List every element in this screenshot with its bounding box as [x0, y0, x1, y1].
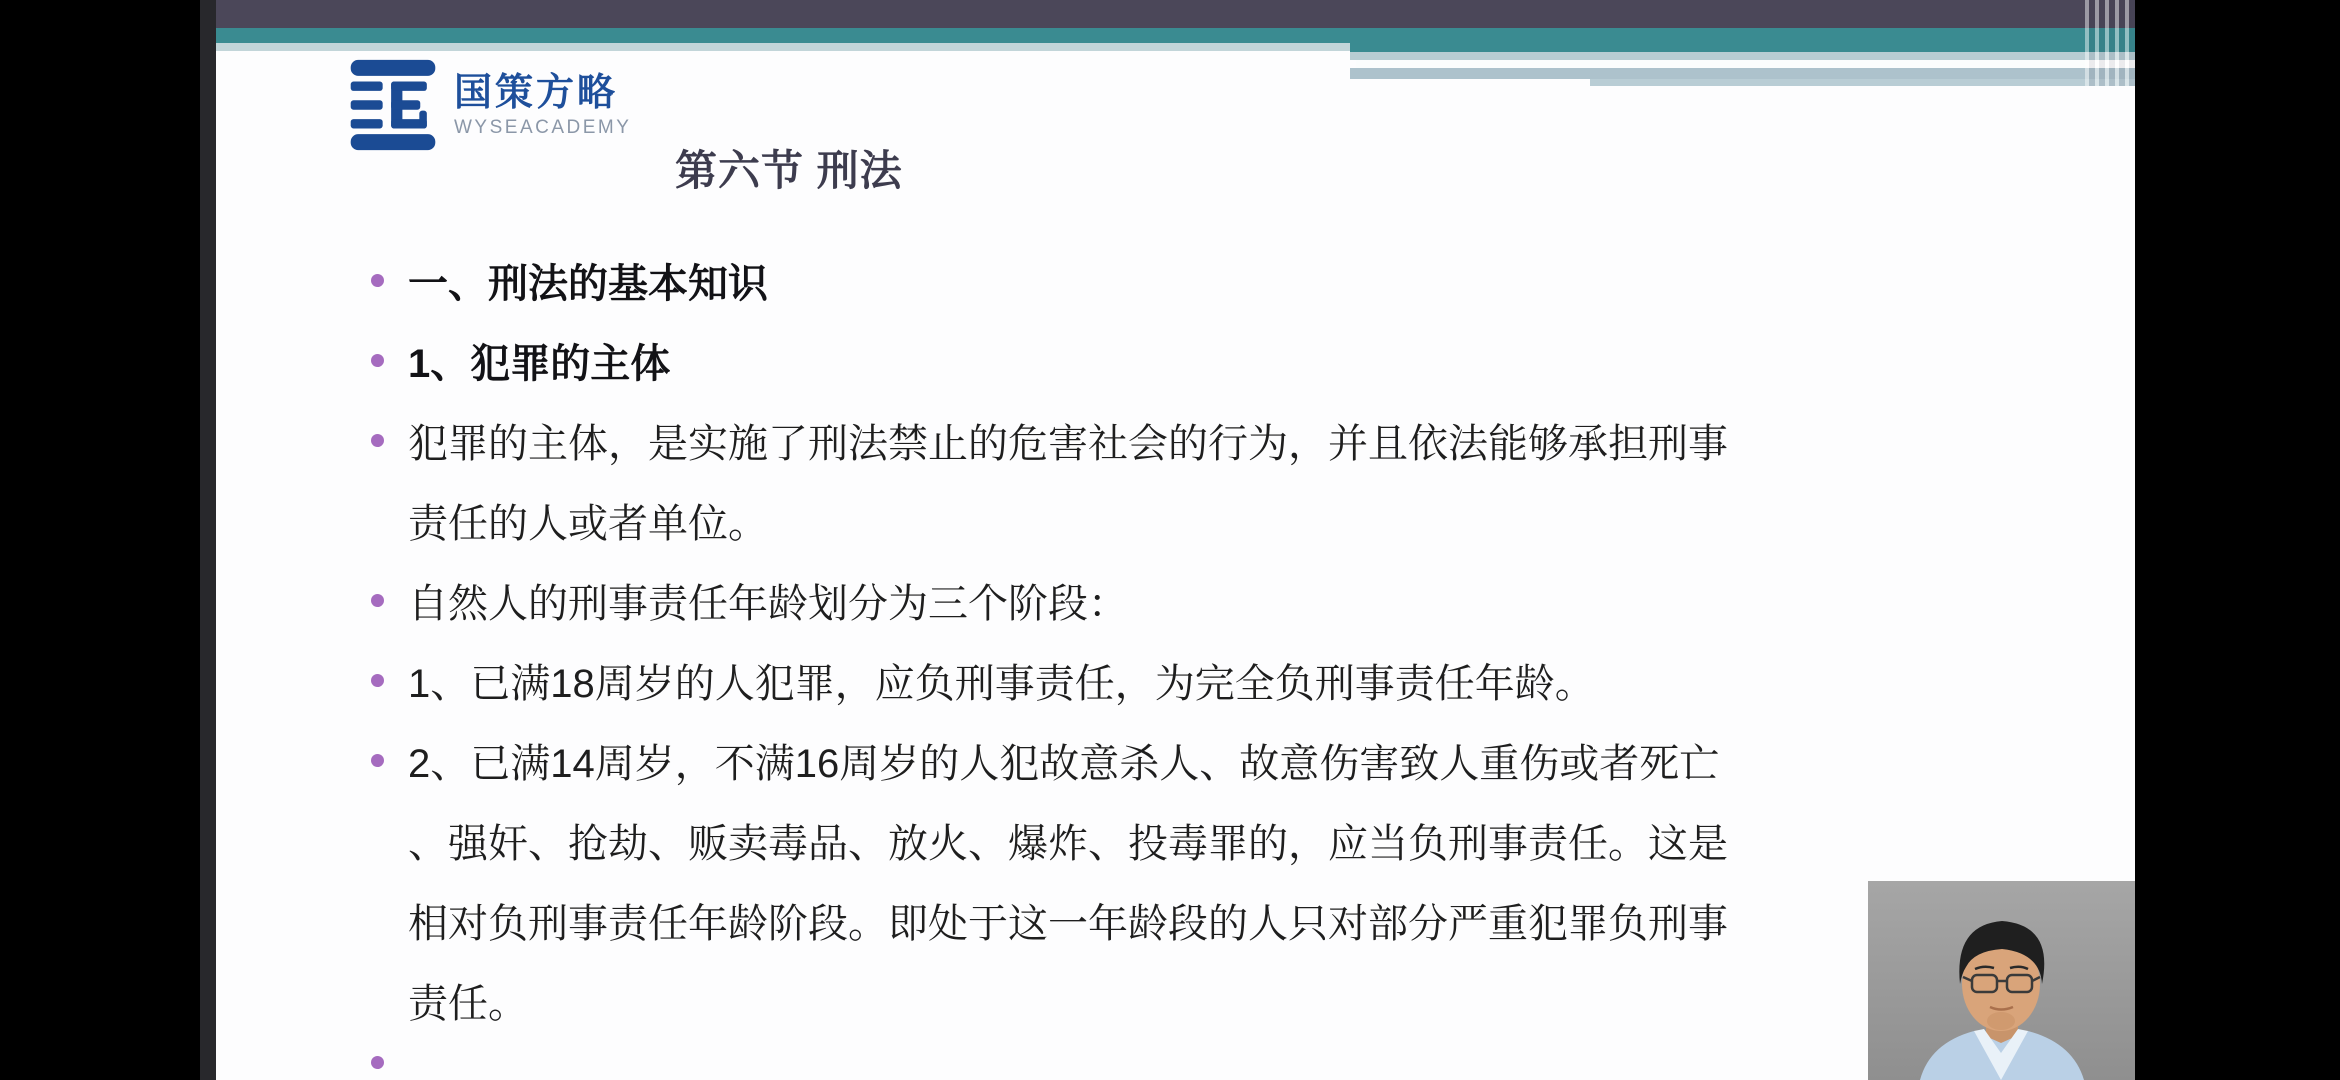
bullet-text: 一、刑法的基本知识 [408, 252, 768, 309]
bullet-icon [371, 674, 384, 687]
list-item: 责任。 [371, 960, 2031, 1040]
bullet-icon [371, 354, 384, 367]
bullet-text: 2、已满14周岁，不满16周岁的人犯故意杀人、故意伤害致人重伤或者死亡 [408, 732, 1719, 789]
slide-title: 第六节 刑法 [675, 150, 903, 192]
bullet-text: 1、犯罪的主体 [408, 332, 670, 389]
brand-logo-icon [346, 58, 440, 152]
list-item: 2、已满14周岁，不满16周岁的人犯故意杀人、故意伤害致人重伤或者死亡 [371, 720, 2031, 800]
white-stripe [1356, 60, 2087, 68]
content-list: 一、刑法的基本知识1、犯罪的主体犯罪的主体，是实施了刑法禁止的危害社会的行为，并… [371, 240, 2031, 1080]
list-item: 自然人的刑事责任年龄划分为三个阶段： [371, 560, 2031, 640]
header-pale-strip [216, 43, 1350, 51]
presenter-image [1868, 881, 2135, 1080]
bullet-text: 相对负刑事责任年龄阶段。即处于这一年龄段的人只对部分严重犯罪负刑事 [408, 892, 1728, 949]
brand-logo: 国策方略 WYSEACADEMY [346, 58, 631, 152]
list-item: 一、刑法的基本知识 [371, 240, 2031, 320]
header-teal-bar [216, 28, 2135, 43]
list-item: 1、犯罪的主体 [371, 320, 2031, 400]
bullet-icon [371, 754, 384, 767]
window-edge-line [200, 0, 216, 1080]
bullet-text: 责任的人或者单位。 [408, 492, 768, 549]
bullet-text: 1、已满18周岁的人犯罪，应负刑事责任，为完全负刑事责任年龄。 [408, 652, 1595, 709]
corner-pinstripes [2085, 0, 2135, 86]
header-right-decoration [1350, 43, 2135, 86]
list-item: 犯罪的主体，是实施了刑法禁止的危害社会的行为，并且依法能够承担刑事 [371, 400, 2031, 480]
bullet-text: 、强奸、抢劫、贩卖毒品、放火、爆炸、投毒罪的，应当负刑事责任。这是 [408, 812, 1728, 869]
pale-band-step [1590, 79, 2135, 86]
bullet-text: 自然人的刑事责任年龄划分为三个阶段： [408, 572, 1128, 629]
header-slate-bar [216, 0, 2135, 28]
bullet-icon [371, 274, 384, 287]
bullet-icon [371, 434, 384, 447]
presenter-webcam [1868, 881, 2135, 1080]
brand-name-en: WYSEACADEMY [454, 118, 631, 137]
bullet-icon [371, 594, 384, 607]
bullet-text: 责任。 [408, 972, 528, 1029]
list-item [371, 1040, 2031, 1080]
pale-band-1 [1350, 52, 2135, 60]
video-frame: 国策方略 WYSEACADEMY 第六节 刑法 一、刑法的基本知识1、犯罪的主体… [0, 0, 2340, 1080]
list-item: 1、已满18周岁的人犯罪，应负刑事责任，为完全负刑事责任年龄。 [371, 640, 2031, 720]
list-item: 相对负刑事责任年龄阶段。即处于这一年龄段的人只对部分严重犯罪负刑事 [371, 880, 2031, 960]
teal-extension [1350, 43, 2135, 52]
bullet-text: 犯罪的主体，是实施了刑法禁止的危害社会的行为，并且依法能够承担刑事 [408, 412, 1728, 469]
presentation-slide: 国策方略 WYSEACADEMY 第六节 刑法 一、刑法的基本知识1、犯罪的主体… [216, 0, 2135, 1080]
pale-band-2 [1350, 68, 2135, 79]
brand-name-cn: 国策方略 [454, 74, 631, 112]
list-item: 、强奸、抢劫、贩卖毒品、放火、爆炸、投毒罪的，应当负刑事责任。这是 [371, 800, 2031, 880]
list-item: 责任的人或者单位。 [371, 480, 2031, 560]
bullet-icon [371, 1056, 384, 1069]
